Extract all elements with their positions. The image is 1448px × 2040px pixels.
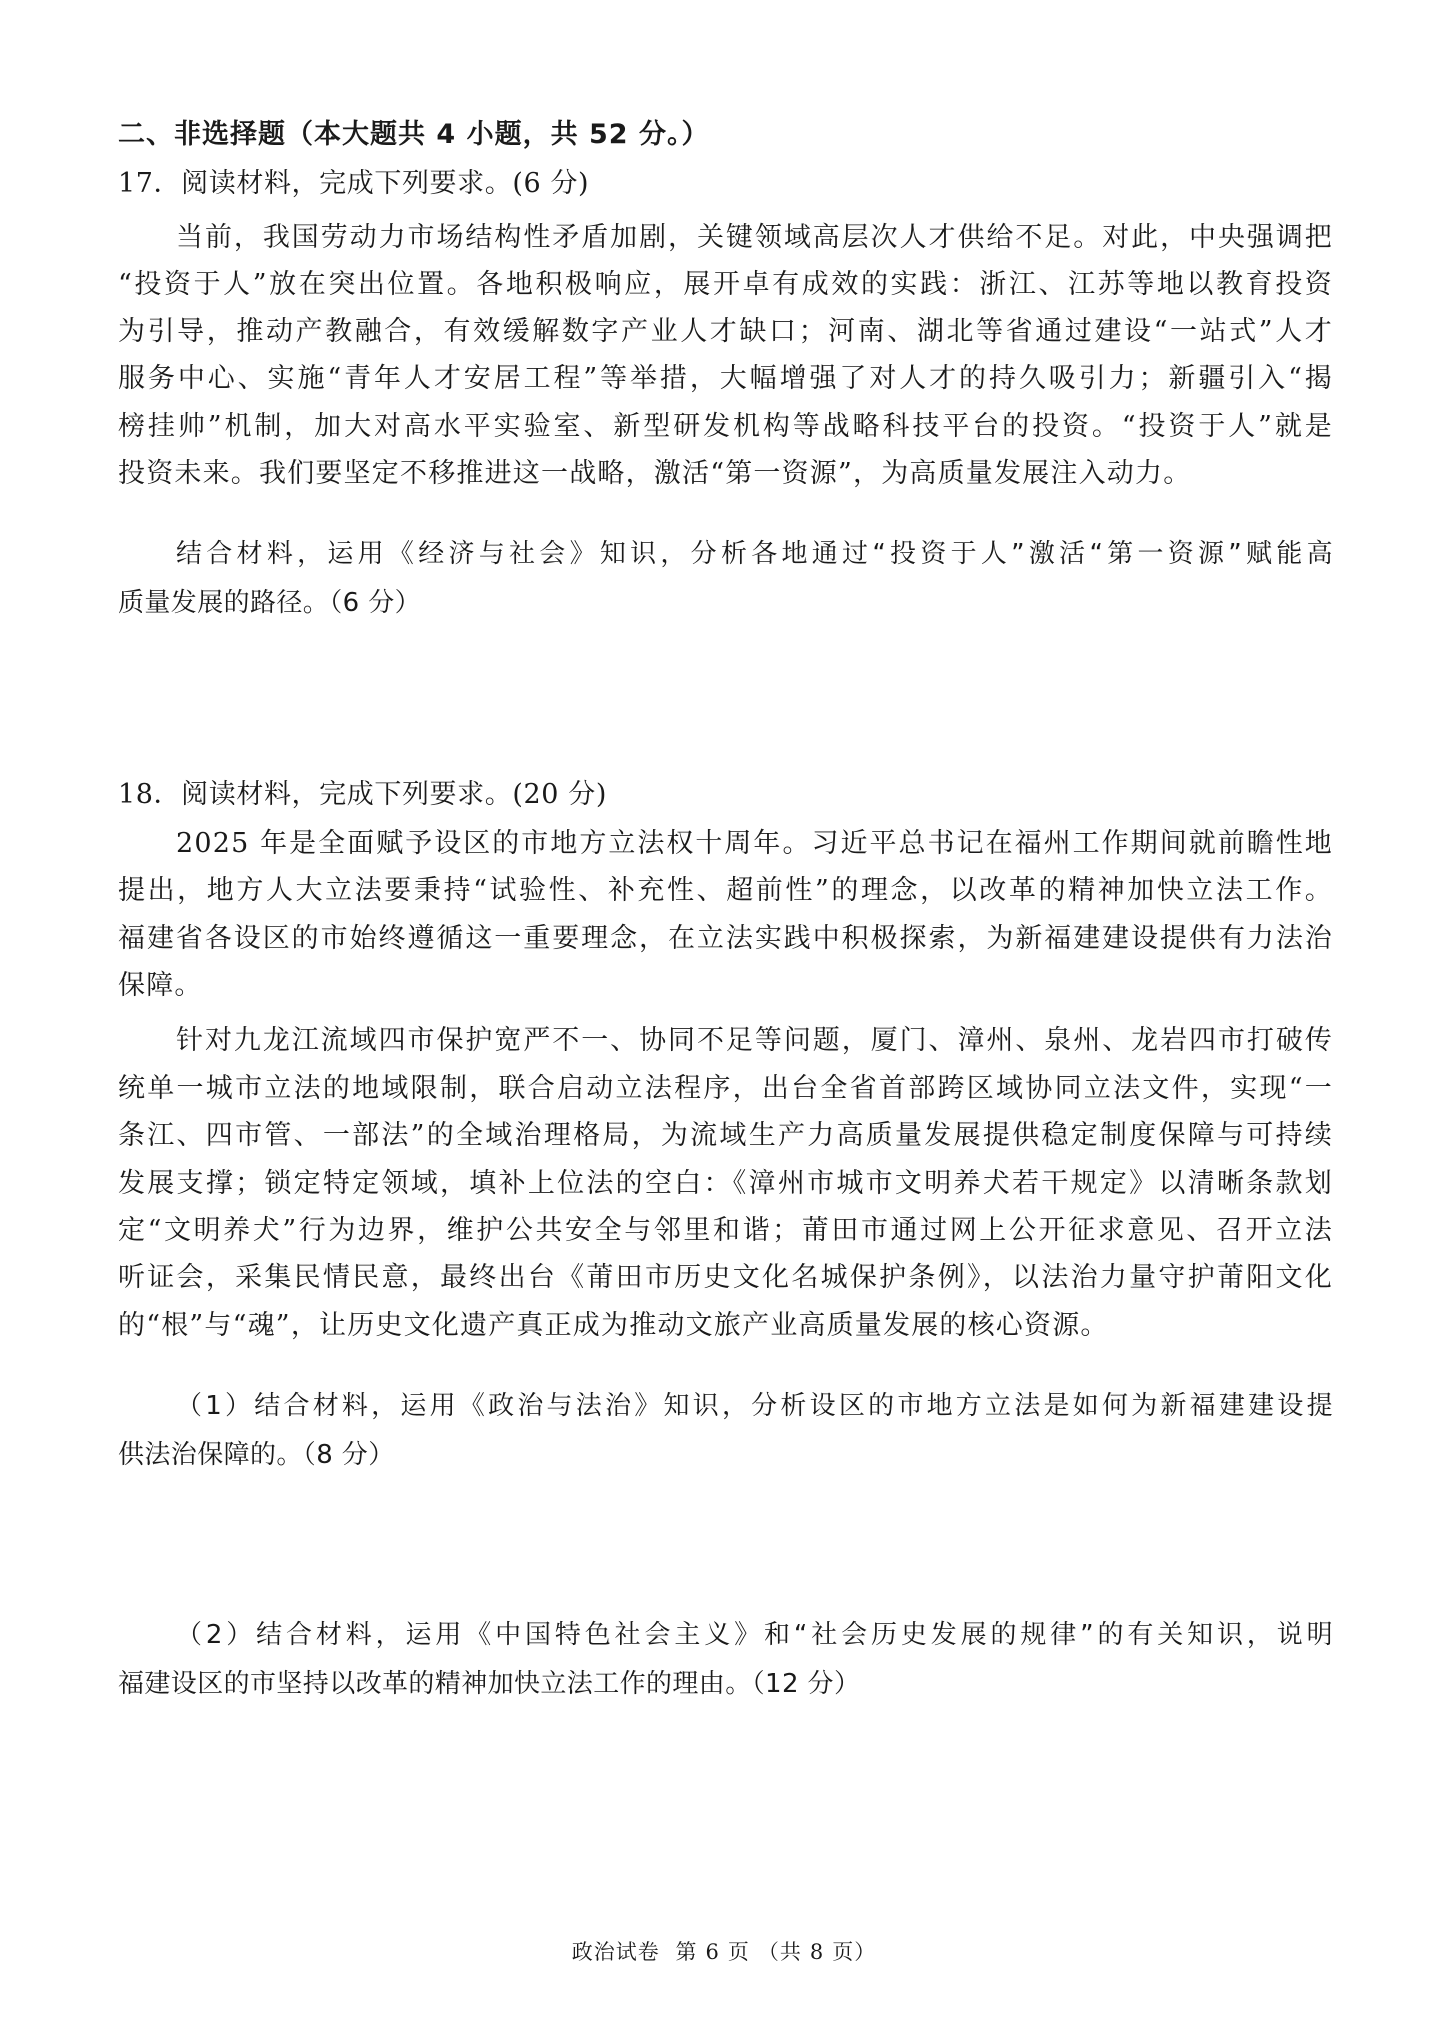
q18-subquestion-1: （1）结合材料，运用《政治与法治》知识，分析设区的市地方立法是如何为新福建建设提 <box>176 1388 1333 1424</box>
q18-material-line: 2025 年是全面赋予设区的市地方立法权十周年。习近平总书记在福州工作期间就前瞻… <box>176 826 1333 862</box>
question-18-heading: 18．阅读材料，完成下列要求。(20 分) <box>118 777 1333 813</box>
footer-total-pages: 8 <box>810 1940 824 1964</box>
footer-page-suffix: 页 <box>728 1940 750 1964</box>
q18-material-line: 针对九龙江流域四市保护宽严不一、协同不足等问题，厦门、漳州、泉州、龙岩四市打破传 <box>176 1023 1333 1059</box>
q17-material-line: “投资于人”放在突出位置。各地积极响应，展开卓有成效的实践：浙江、江苏等地以教育… <box>118 267 1333 303</box>
q18-material-line: 提出，地方人大立法要秉持“试验性、补充性、超前性”的理念，以改革的精神加快立法工… <box>118 873 1333 909</box>
q17-requirement: 结合材料，运用《经济与社会》知识，分析各地通过“投资于人”激活“第一资源”赋能高 <box>176 536 1333 572</box>
q17-material-line: 服务中心、实施“青年人才安居工程”等举措，大幅增强了对人才的持久吸引力；新疆引入… <box>118 361 1333 397</box>
q18-subquestion-1: 供法治保障的。（8 分） <box>118 1437 1333 1473</box>
q17-material-line: 投资未来。我们要坚定不移推进这一战略，激活“第一资源”，为高质量发展注入动力。 <box>118 456 1333 492</box>
q17-requirement: 质量发展的路径。（6 分） <box>118 585 1333 621</box>
footer-subject: 政治试卷 <box>572 1940 660 1964</box>
q17-material-line: 为引导，推动产教融合，有效缓解数字产业人才缺口；河南、湖北等省通过建设“一站式”… <box>118 314 1333 350</box>
footer-total-prefix: （共 <box>758 1940 802 1964</box>
footer-page-number: 6 <box>705 1940 719 1964</box>
q18-subquestion-2: 福建设区的市坚持以改革的精神加快立法工作的理由。（12 分） <box>118 1666 1333 1702</box>
page-footer: 政治试卷 第6页（共8页） <box>0 1937 1448 1967</box>
q18-material-line: 条江、四市管、一部法”的全域治理格局，为流域生产力高质量发展提供稳定制度保障与可… <box>118 1118 1333 1154</box>
section-title: 二、非选择题（本大题共 4 小题，共 52 分。） <box>118 117 1333 153</box>
q18-subquestion-2: （2）结合材料，运用《中国特色社会主义》和“社会历史发展的规律”的有关知识，说明 <box>176 1617 1333 1653</box>
footer-total-suffix: 页） <box>832 1940 876 1964</box>
exam-page: 二、非选择题（本大题共 4 小题，共 52 分。） 17．阅读材料，完成下列要求… <box>0 0 1448 2040</box>
q18-material-line: 的“根”与“魂”，让历史文化遗产真正成为推动文旅产业高质量发展的核心资源。 <box>118 1308 1333 1344</box>
q18-material-line: 听证会，采集民情民意，最终出台《莆田市历史文化名城保护条例》，以法治力量守护莆阳… <box>118 1260 1333 1296</box>
q18-material-line: 福建省各设区的市始终遵循这一重要理念，在立法实践中积极探索，为新福建建设提供有力… <box>118 921 1333 957</box>
q18-material-line: 统单一城市立法的地域限制，联合启动立法程序，出台全省首部跨区域协同立法文件，实现… <box>118 1071 1333 1107</box>
q17-material-line: 榜挂帅”机制，加大对高水平实验室、新型研发机构等战略科技平台的投资。“投资于人”… <box>118 409 1333 445</box>
q18-material-line: 保障。 <box>118 968 1333 1004</box>
footer-page-prefix: 第 <box>675 1940 697 1964</box>
q18-material-line: 定“文明养犬”行为边界，维护公共安全与邻里和谐；莆田市通过网上公开征求意见、召开… <box>118 1213 1333 1249</box>
q17-material-line: 当前，我国劳动力市场结构性矛盾加剧，关键领域高层次人才供给不足。对此，中央强调把 <box>176 220 1333 256</box>
q18-material-line: 发展支撑；锁定特定领域，填补上位法的空白：《漳州市城市文明养犬若干规定》以清晰条… <box>118 1166 1333 1202</box>
question-17-heading: 17．阅读材料，完成下列要求。(6 分) <box>118 166 1333 202</box>
